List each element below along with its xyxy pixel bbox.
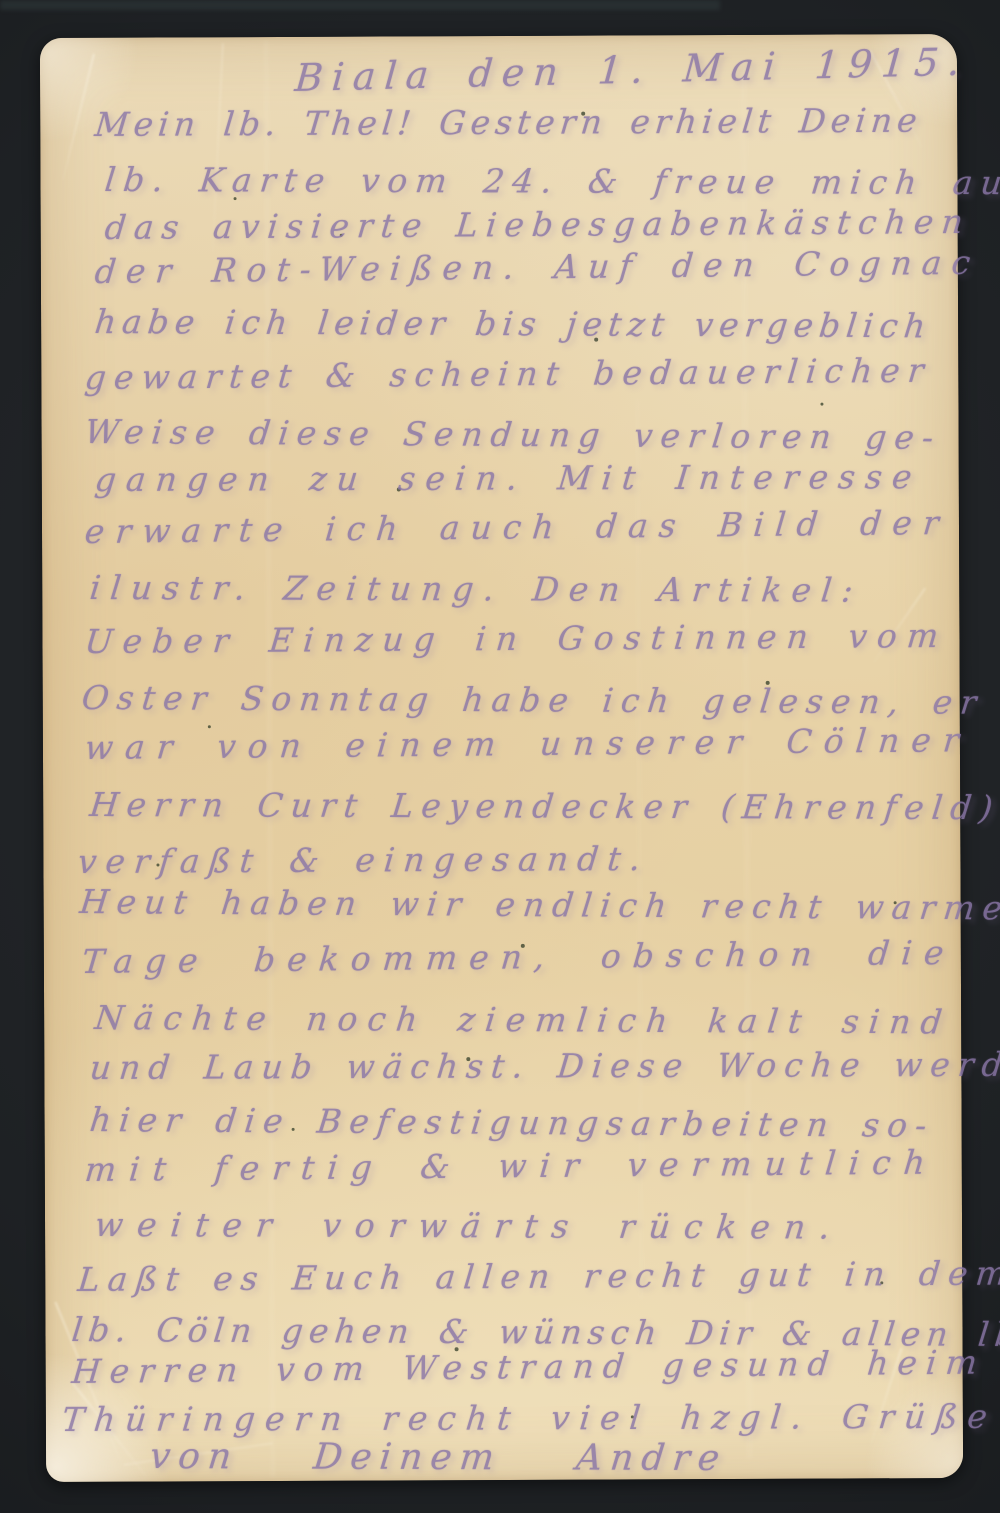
paper-speck [594,338,598,342]
paper-wear-marks [40,34,957,38]
paper-crease [212,43,224,253]
paper-crease [869,50,923,148]
paper-speck [766,681,770,685]
paper-speck [820,403,823,406]
paper-fold-band [634,399,644,1299]
paper-crease [873,588,926,663]
paper-crease [54,1302,120,1460]
paper-fold-band [263,41,276,1477]
paper-speck [234,197,237,200]
paper-speck [880,1281,883,1284]
paper-speck [466,1057,470,1061]
paper-speck [631,1415,634,1418]
paper-crease [870,1348,902,1444]
photo-of-postcard: Biala den 1. Mai 1915.Mein lb. Thel! Ges… [0,0,1000,1513]
paper-speck [397,487,401,491]
background-strip [0,0,720,10]
paper-speck [581,112,585,116]
paper-crease [62,54,95,181]
paper-speck [208,725,211,728]
paper-speck [455,1347,459,1351]
paper-speck [894,901,897,904]
paper-crease [124,1443,273,1467]
paper-speck [156,863,159,866]
paper-speck [292,1128,295,1131]
paper-fold-band [739,59,754,1459]
paper-speck [340,234,343,237]
postcard [40,34,963,1482]
paper-speck [521,944,525,948]
